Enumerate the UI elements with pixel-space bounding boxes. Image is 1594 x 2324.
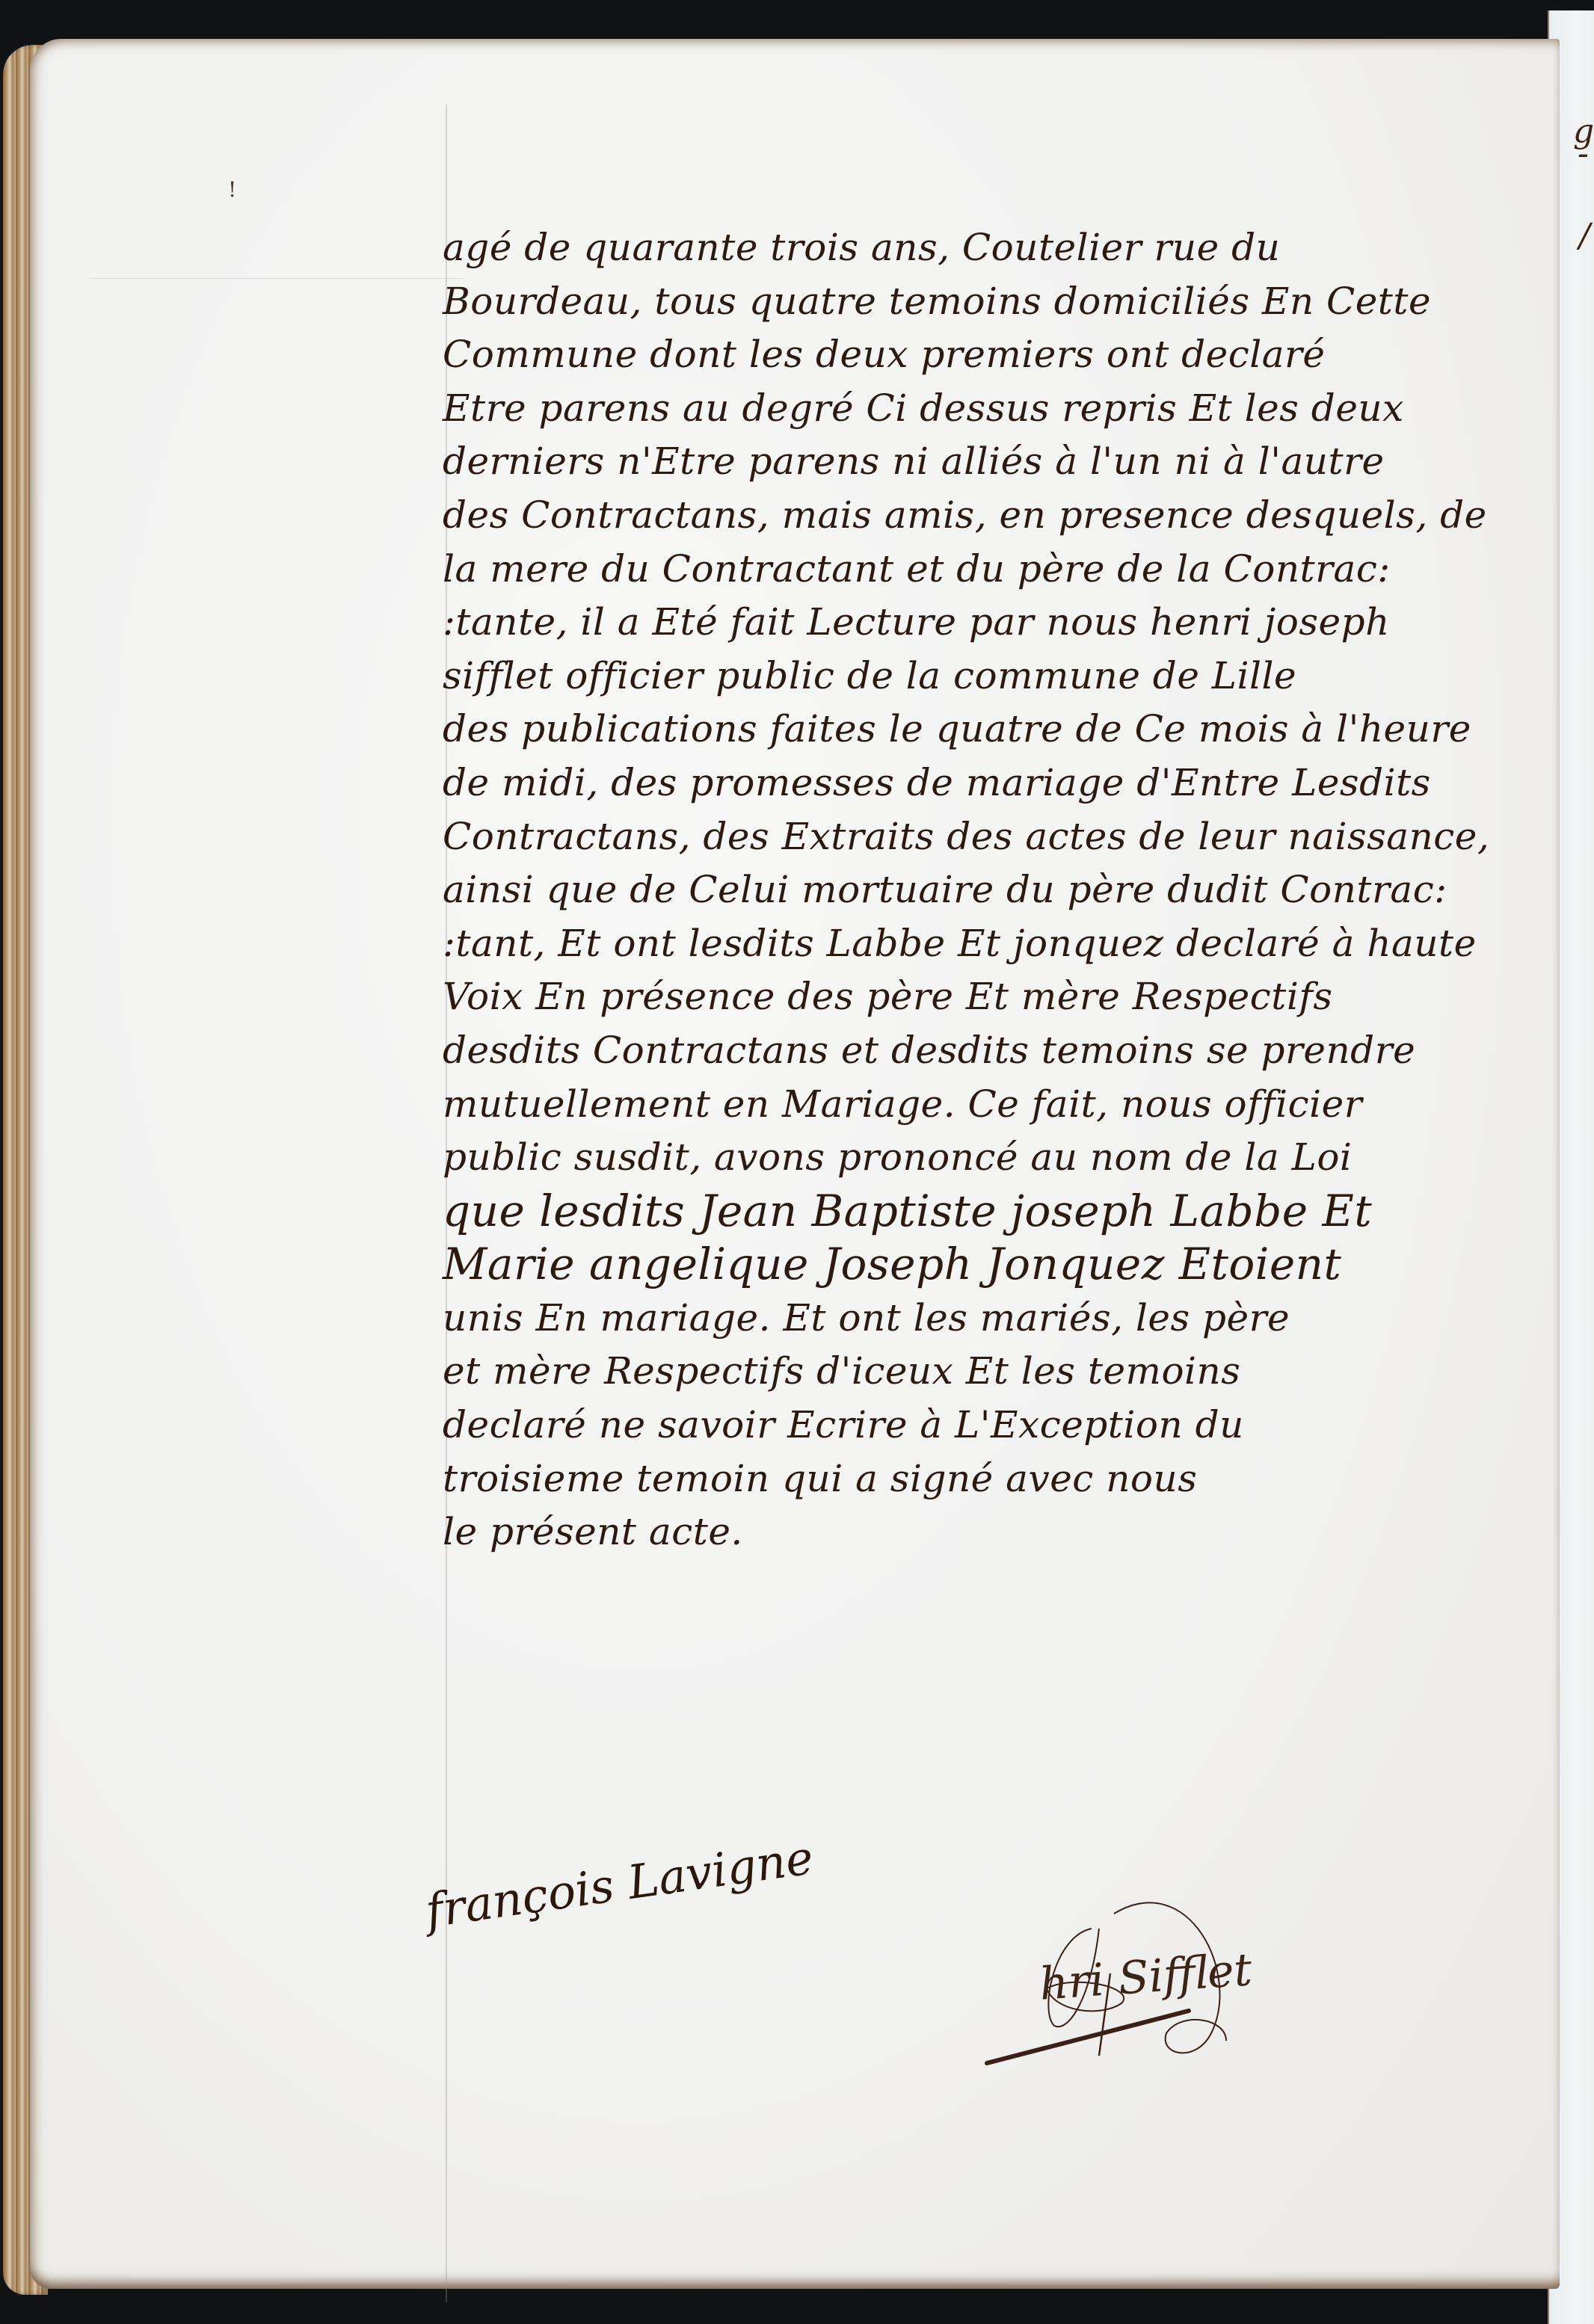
text-line: sifflet officier public de la commune de…: [443, 650, 1534, 703]
text-line: desdits Contractans et desdits temoins s…: [443, 1024, 1534, 1078]
text-line: :tante, il a Eté fait Lecture par nous h…: [443, 596, 1534, 650]
text-line: declaré ne savoir Ecrire à L'Exception d…: [443, 1399, 1534, 1452]
text-line: le présent acte.: [443, 1505, 1534, 1559]
text-line: et mère Respectifs d'iceux Et les temoin…: [443, 1345, 1534, 1399]
text-line-groom-name: que lesdits Jean Baptiste joseph Labbe E…: [443, 1185, 1534, 1239]
text-line: Etre parens au degré Ci dessus repris Et…: [443, 382, 1534, 436]
text-line: :tant, Et ont lesdits Labbe Et jonquez d…: [443, 917, 1534, 971]
text-line: ainsi que de Celui mortuaire du père dud…: [443, 863, 1534, 917]
handwritten-text: agé de quarante trois ans, Coutelier rue…: [443, 221, 1534, 1559]
text-line-bride-name: Marie angelique Joseph Jonquez Etoient: [443, 1238, 1534, 1292]
text-line: des publications faites le quatre de Ce …: [443, 703, 1534, 756]
text-line: mutuellement en Mariage. Ce fait, nous o…: [443, 1078, 1534, 1132]
text-line: Contractans, des Extraits des actes de l…: [443, 810, 1534, 864]
text-line: public susdit, avons prononcé au nom de …: [443, 1131, 1534, 1185]
facing-page-mark: -: [1578, 135, 1589, 173]
text-line: Voix En présence des père Et mère Respec…: [443, 970, 1534, 1024]
faint-rule: [90, 278, 464, 279]
text-line: Bourdeau, tous quatre temoins domiciliés…: [443, 275, 1534, 329]
text-line: unis En mariage. Et ont les mariés, les …: [443, 1292, 1534, 1346]
stray-ink-mark: !: [228, 179, 236, 200]
facing-page-mark: /: [1579, 217, 1590, 255]
text-line: Commune dont les deux premiers ont decla…: [443, 328, 1534, 382]
text-line: troisieme temoin qui a signé avec nous: [443, 1452, 1534, 1506]
text-line: la mere du Contractant et du père de la …: [443, 543, 1534, 597]
text-line: agé de quarante trois ans, Coutelier rue…: [443, 221, 1534, 275]
text-line: de midi, des promesses de mariage d'Entr…: [443, 756, 1534, 810]
text-line: derniers n'Etre parens ni alliés à l'un …: [443, 435, 1534, 489]
text-line: des Contractans, mais amis, en presence …: [443, 489, 1534, 543]
